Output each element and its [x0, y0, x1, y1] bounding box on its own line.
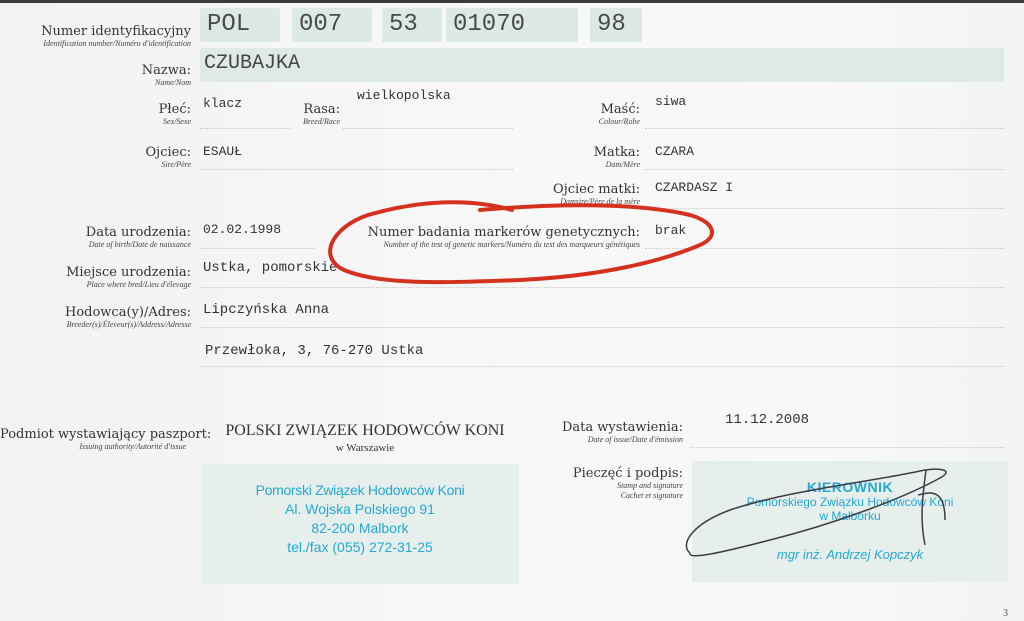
genetic-markers-label: Numer badania markerów genetycznych: Num… [320, 225, 640, 250]
breed-label: Rasa: Breed/Race [280, 102, 340, 127]
sex-label-en: Sex/Sexe [0, 117, 191, 127]
sire-label-en: Sire/Père [0, 160, 191, 170]
breed-value: wielkopolska [357, 88, 451, 103]
sire-label-pl: Ojciec: [0, 145, 191, 160]
id-segment-check: 98 [590, 8, 642, 42]
stamp-line-4: tel./fax (055) 272-31-25 [201, 539, 519, 555]
dob-label-pl: Data urodzenia: [0, 225, 191, 240]
genetic-markers-label-pl: Numer badania markerów genetycznych: [320, 225, 640, 240]
scan-top-edge [0, 0, 1024, 3]
issuing-authority-block: POLSKI ZWIĄZEK HODOWCÓW KONI w Warszawie [200, 422, 530, 454]
stamp-line-1: Pomorski Związek Hodowców Koni [201, 482, 519, 498]
sex-label-pl: Płeć: [0, 102, 191, 117]
colour-label-pl: Maść: [530, 102, 640, 117]
colour-label: Maść: Colour/Robe [530, 102, 640, 127]
dob-label-en: Date of birth/Date de naissance [0, 240, 191, 250]
place-of-birth-value: Ustka, pomorskie [203, 260, 337, 276]
breeder-address-value: Przewłoka, 3, 76-270 Ustka [205, 343, 423, 359]
dob-dotted-line [200, 248, 315, 249]
date-of-issue-label-pl: Data wystawienia: [540, 420, 683, 435]
name-label: Nazwa: Name/Nom [0, 63, 191, 88]
issuing-authority-city: w Warszawie [200, 442, 530, 454]
identification-label-pl: Numer identyfikacyjny [0, 24, 191, 39]
dam-value: CZARA [655, 144, 694, 159]
regional-association-stamp: Pomorski Związek Hodowców Koni Al. Wojsk… [201, 464, 519, 584]
stamp-signature-label-en2: Cachet et signature [540, 491, 683, 501]
issuing-authority-name: POLSKI ZWIĄZEK HODOWCÓW KONI [200, 422, 530, 440]
breed-label-en: Breed/Race [280, 117, 340, 127]
name-value: CZUBAJKA [204, 52, 300, 75]
identification-label-en: Identification number/Numéro d'identific… [0, 39, 191, 49]
name-label-en: Name/Nom [0, 78, 191, 88]
address-dotted-line [200, 366, 1005, 367]
colour-label-en: Colour/Robe [530, 117, 640, 127]
director-line-1: Pomorskiego Związku Hodowców Koni [692, 495, 1008, 509]
page-number: 3 [1003, 608, 1008, 619]
place-of-birth-label-en: Place where bred/Lieu d'élevage [0, 280, 191, 290]
breeder-label-pl: Hodowca(y)/Adres: [0, 305, 191, 320]
dob-label: Data urodzenia: Date of birth/Date de na… [0, 225, 191, 250]
genetic-markers-dotted-line [645, 248, 1005, 249]
name-label-pl: Nazwa: [0, 63, 191, 78]
id-segment-database: 007 [292, 8, 372, 42]
breeder-name-value: Lipczyńska Anna [203, 302, 329, 318]
genetic-markers-label-en: Number of the test of genetic markers/Nu… [320, 240, 640, 250]
breeder-label-en: Breeder(s)/Éleveur(s)/Address/Adresse [0, 320, 191, 330]
director-line-2: w Malborku [692, 509, 1008, 523]
dam-label-en: Dam/Mère [530, 160, 640, 170]
dam-label: Matka: Dam/Mère [530, 145, 640, 170]
date-of-issue-value: 11.12.2008 [725, 412, 809, 428]
breed-dotted-line [343, 128, 513, 129]
damsire-dotted-line [645, 208, 1005, 209]
id-segment-number: 01070 [446, 8, 578, 42]
breeder-label: Hodowca(y)/Adres: Breeder(s)/Éleveur(s)/… [0, 305, 191, 330]
date-of-issue-label: Data wystawienia: Date of issue/Date d'é… [540, 420, 683, 445]
damsire-label-pl: Ojciec matki: [470, 182, 640, 197]
sex-value: klacz [203, 96, 242, 111]
damsire-value: CZARDASZ I [655, 180, 733, 195]
issuing-authority-label: Podmiot wystawiający paszport: Issuing a… [0, 427, 186, 452]
dam-dotted-line [645, 169, 1005, 170]
director-title: KIEROWNIK [692, 479, 1008, 495]
breeder-dotted-line [200, 327, 1005, 328]
colour-dotted-line [645, 128, 1005, 129]
director-stamp: KIEROWNIK Pomorskiego Związku Hodowców K… [692, 461, 1008, 582]
stamp-line-3: 82-200 Malbork [201, 520, 519, 536]
sex-label: Płeć: Sex/Sexe [0, 102, 191, 127]
sire-label: Ojciec: Sire/Père [0, 145, 191, 170]
issuing-authority-label-en: Issuing authority/Autorité d'issue [0, 442, 186, 452]
damsire-label: Ojciec matki: Damsire/Père de la mère [470, 182, 640, 207]
genetic-markers-value: brak [655, 223, 686, 238]
id-segment-country: POL [200, 8, 280, 42]
place-of-birth-label-pl: Miejsce urodzenia: [0, 265, 191, 280]
director-signer: mgr inż. Andrzej Kopczyk [692, 547, 1008, 562]
dob-value: 02.02.1998 [203, 222, 281, 237]
date-of-issue-label-en: Date of issue/Date d'émission [540, 435, 683, 445]
stamp-signature-label-pl: Pieczęć i podpis: [540, 466, 683, 481]
sire-dotted-line [200, 169, 513, 170]
stamp-line-2: Al. Wojska Polskiego 91 [201, 501, 519, 517]
stamp-signature-label: Pieczęć i podpis: Stamp and signature Ca… [540, 466, 683, 501]
colour-value: siwa [655, 94, 686, 109]
breed-label-pl: Rasa: [280, 102, 340, 117]
damsire-label-en: Damsire/Père de la mère [470, 197, 640, 207]
sex-dotted-line [200, 128, 292, 129]
identification-label: Numer identyfikacyjny Identification num… [0, 24, 191, 49]
dam-label-pl: Matka: [530, 145, 640, 160]
stamp-signature-label-en1: Stamp and signature [540, 481, 683, 491]
date-of-issue-dotted-line [690, 447, 1005, 448]
sire-value: ESAUŁ [203, 144, 242, 159]
id-segment-breed: 53 [382, 8, 442, 42]
place-of-birth-label: Miejsce urodzenia: Place where bred/Lieu… [0, 265, 191, 290]
place-of-birth-dotted-line [200, 287, 1005, 288]
issuing-authority-label-pl: Podmiot wystawiający paszport: [0, 427, 186, 442]
name-field-box [200, 48, 1004, 82]
